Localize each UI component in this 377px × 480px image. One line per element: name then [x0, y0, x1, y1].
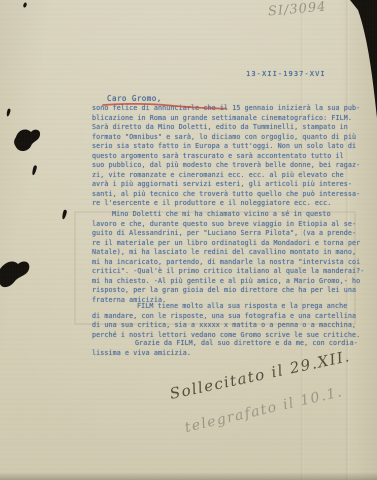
typed-line: FILM tiene molto alla sua risposta e la … — [137, 302, 360, 312]
typed-line: Mino Doletti che mi ha chiamato vicino a… — [112, 210, 360, 220]
typed-line: blicazione in Roma un grande settimanale… — [92, 114, 360, 124]
typed-line: di una sua critica, sia a xxxxx x matita… — [92, 321, 360, 331]
typed-line: lavoro e che, durante questo suo breve v… — [92, 220, 360, 230]
typed-line: suo pubblico, dal più modesto che trover… — [92, 161, 360, 171]
paragraph-2: Mino Doletti che mi ha chiamato vicino a… — [92, 210, 360, 305]
typed-line: Sarà diretto da Mino Doletti, edito da T… — [92, 123, 360, 133]
typed-line: mi ha chiesto. -Al più gentile e al più … — [92, 277, 360, 287]
typed-line: avrà i più aggiornati servizi esteri, gl… — [92, 180, 360, 190]
typed-line: mi ha incaricato, partendo, di mandarle … — [92, 258, 360, 268]
typed-line: Grazie da FILM, dal suo direttore e da m… — [135, 339, 360, 349]
paragraph-3: FILM tiene molto alla sua risposta e la … — [92, 302, 360, 340]
typed-line: formato "Omnibus" e sarà, lo diciamo con… — [92, 133, 360, 143]
bottom-edge-shadow — [0, 472, 377, 480]
typed-line: questo argomento sarà trascurato e sarà … — [92, 152, 360, 162]
typed-line: guito di Alessandrini, per "Luciano Serr… — [92, 229, 360, 239]
typed-line: Natale), mi ha lasciato le redini del ca… — [92, 248, 360, 258]
paragraph-1: sono felice di annunciarle che il 15 gen… — [92, 104, 360, 209]
scanned-letter: 13-XII-1937-XVI Caro Gromo, sono felice … — [0, 0, 377, 480]
date-line: 13-XII-1937-XVI — [246, 70, 326, 78]
typed-line: re il materiale per un libro ordinatogli… — [92, 239, 360, 249]
typed-line: sono felice di annunciarle che il 15 gen… — [92, 104, 360, 114]
typed-line: zi, vite romanzate e cineromanzi ecc. ec… — [92, 171, 360, 181]
typed-line: risposto, per la gran gioia del mio dire… — [92, 286, 360, 296]
typed-line: serio sia stato fatto in Europa a tutt'o… — [92, 142, 360, 152]
typed-line: santi, al più tecnico che troverà tutto … — [92, 190, 360, 200]
typed-line: re l'esercente e il produttore e il nole… — [92, 199, 360, 209]
typed-line: critici". -Qual'è il primo critico itali… — [92, 267, 360, 277]
salutation: Caro Gromo, — [107, 94, 162, 103]
typed-line: di mandare, con le risposte, una sua fot… — [92, 312, 360, 322]
